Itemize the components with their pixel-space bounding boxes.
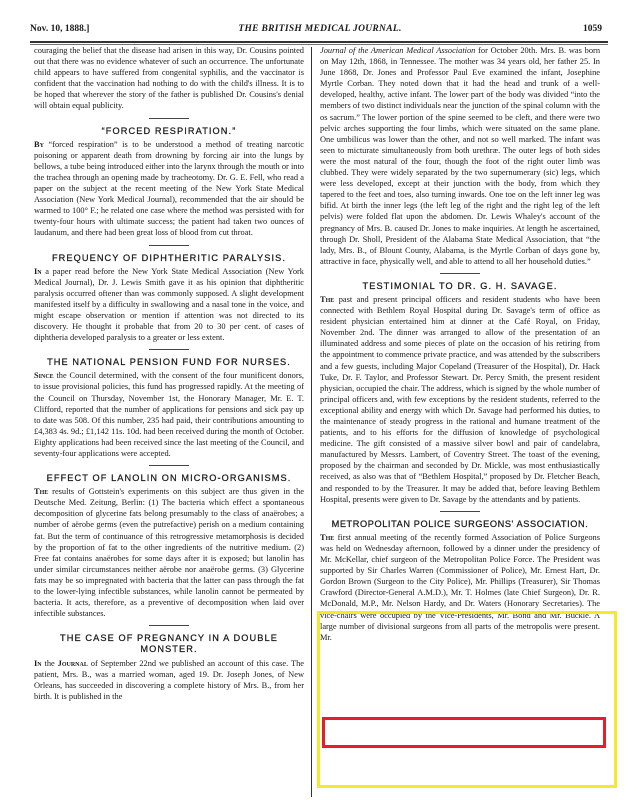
article-heading-diphtheritic-paralysis: FREQUENCY OF DIPHTHERITIC PARALYSIS. [34, 253, 304, 264]
right-column: Journal of the American Medical Associat… [320, 45, 600, 643]
journal-title: THE BRITISH MEDICAL JOURNAL. [30, 24, 610, 34]
continued-paragraph-double-monster: Journal of the American Medical Associat… [320, 45, 600, 267]
article-heading-pension-fund: THE NATIONAL PENSION FUND FOR NURSES. [34, 357, 304, 368]
article-heading-police-surgeons: METROPOLITAN POLICE SURGEONS' ASSOCIATIO… [320, 519, 600, 530]
red-annotation-box [322, 717, 606, 748]
continued-paragraph: couraging the belief that the disease ha… [34, 45, 304, 112]
article-body-lanolin: The results of Gottstein's experiments o… [34, 486, 304, 619]
section-separator [149, 349, 189, 350]
header-rule [30, 41, 608, 43]
article-heading-testimonial-savage: TESTIMONIAL TO DR. G. H. SAVAGE. [320, 281, 600, 292]
column-divider [311, 47, 312, 797]
running-header: Nov. 10, 1888.] THE BRITISH MEDICAL JOUR… [30, 24, 610, 38]
article-body-police-surgeons: The first annual meeting of the recently… [320, 532, 600, 643]
section-separator [149, 465, 189, 466]
article-heading-forced-respiration: “FORCED RESPIRATION.” [34, 126, 304, 137]
article-body-testimonial-savage: The past and present principal officers … [320, 294, 600, 505]
article-heading-double-monster: THE CASE OF PREGNANCY IN A DOUBLE MONSTE… [34, 633, 304, 655]
article-body-diphtheritic-paralysis: In a paper read before the New York Stat… [34, 266, 304, 344]
section-separator [440, 273, 480, 274]
article-heading-lanolin: EFFECT OF LANOLIN ON MICRO-ORGANISMS. [34, 473, 304, 484]
section-separator [440, 511, 480, 512]
section-separator [149, 245, 189, 246]
article-body-forced-respiration: By “forced respiration” is to be underst… [34, 139, 304, 239]
article-body-double-monster: In the Journal of September 22nd we publ… [34, 658, 304, 702]
page-number: 1059 [583, 24, 602, 34]
article-body-pension-fund: Since the Council determined, with the c… [34, 370, 304, 459]
section-separator [149, 625, 189, 626]
left-column: couraging the belief that the disease ha… [34, 45, 304, 702]
journal-citation: Journal of the American Medical Associat… [320, 46, 475, 55]
section-separator [149, 118, 189, 119]
